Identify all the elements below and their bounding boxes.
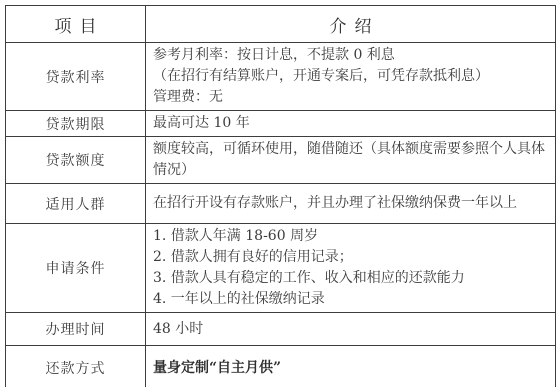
desc-line: 最高可达 10 年 <box>153 113 549 134</box>
loan-info-table: 项目 介绍 贷款利率 参考月利率：按日计息，不提款 0 利息 （在招行有结算账户… <box>5 5 556 387</box>
desc-line: 2. 借款人拥有良好的信用记录； <box>153 247 549 268</box>
row-label-loan-amount: 贷款额度 <box>6 137 146 184</box>
table-row-loan-term: 贷款期限 最高可达 10 年 <box>6 111 556 137</box>
row-label-repayment-method: 还款方式 <box>6 346 146 387</box>
row-desc-applicable-people: 在招行开设有存款账户，并且办理了社保缴纳保费一年以上 <box>146 184 556 224</box>
column-header-item: 项目 <box>6 6 146 43</box>
desc-line: 48 小时 <box>153 319 549 340</box>
column-header-intro: 介绍 <box>146 6 556 43</box>
desc-line: 参考月利率：按日计息，不提款 0 利息 <box>153 45 549 66</box>
loan-info-page: 项目 介绍 贷款利率 参考月利率：按日计息，不提款 0 利息 （在招行有结算账户… <box>0 0 560 387</box>
row-label-application-conditions: 申请条件 <box>6 224 146 313</box>
table-row-loan-amount: 贷款额度 额度较高，可循环使用，随借随还（具体额度需要参照个人具体情况） <box>6 137 556 184</box>
row-desc-processing-time: 48 小时 <box>146 313 556 346</box>
desc-line: 额度较高，可循环使用，随借随还（具体额度需要参照个人具体情况） <box>153 139 549 181</box>
desc-line: 管理费：无 <box>153 87 549 108</box>
header-row: 项目 介绍 <box>6 6 556 43</box>
table-row-loan-rate: 贷款利率 参考月利率：按日计息，不提款 0 利息 （在招行有结算账户，开通专案后… <box>6 43 556 111</box>
desc-line: 1. 借款人年满 18-60 周岁 <box>153 226 549 247</box>
table-row-applicable-people: 适用人群 在招行开设有存款账户，并且办理了社保缴纳保费一年以上 <box>6 184 556 224</box>
desc-line: 在招行开设有存款账户，并且办理了社保缴纳保费一年以上 <box>153 193 549 214</box>
row-label-processing-time: 办理时间 <box>6 313 146 346</box>
desc-line: 量身定制“自主月供” <box>153 358 549 379</box>
row-desc-loan-term: 最高可达 10 年 <box>146 111 556 137</box>
table-row-repayment-method: 还款方式 量身定制“自主月供” <box>6 346 556 387</box>
row-label-loan-term: 贷款期限 <box>6 111 146 137</box>
table-row-processing-time: 办理时间 48 小时 <box>6 313 556 346</box>
row-label-applicable-people: 适用人群 <box>6 184 146 224</box>
row-desc-repayment-method: 量身定制“自主月供” <box>146 346 556 387</box>
row-desc-loan-amount: 额度较高，可循环使用，随借随还（具体额度需要参照个人具体情况） <box>146 137 556 184</box>
desc-line: 3. 借款人具有稳定的工作、收入和相应的还款能力 <box>153 268 549 289</box>
row-label-loan-rate: 贷款利率 <box>6 43 146 111</box>
desc-line: 4. 一年以上的社保缴纳记录 <box>153 289 549 310</box>
table-row-application-conditions: 申请条件 1. 借款人年满 18-60 周岁 2. 借款人拥有良好的信用记录； … <box>6 224 556 313</box>
desc-line: （在招行有结算账户，开通专案后，可凭存款抵利息） <box>153 66 549 87</box>
row-desc-loan-rate: 参考月利率：按日计息，不提款 0 利息 （在招行有结算账户，开通专案后，可凭存款… <box>146 43 556 111</box>
row-desc-application-conditions: 1. 借款人年满 18-60 周岁 2. 借款人拥有良好的信用记录； 3. 借款… <box>146 224 556 313</box>
